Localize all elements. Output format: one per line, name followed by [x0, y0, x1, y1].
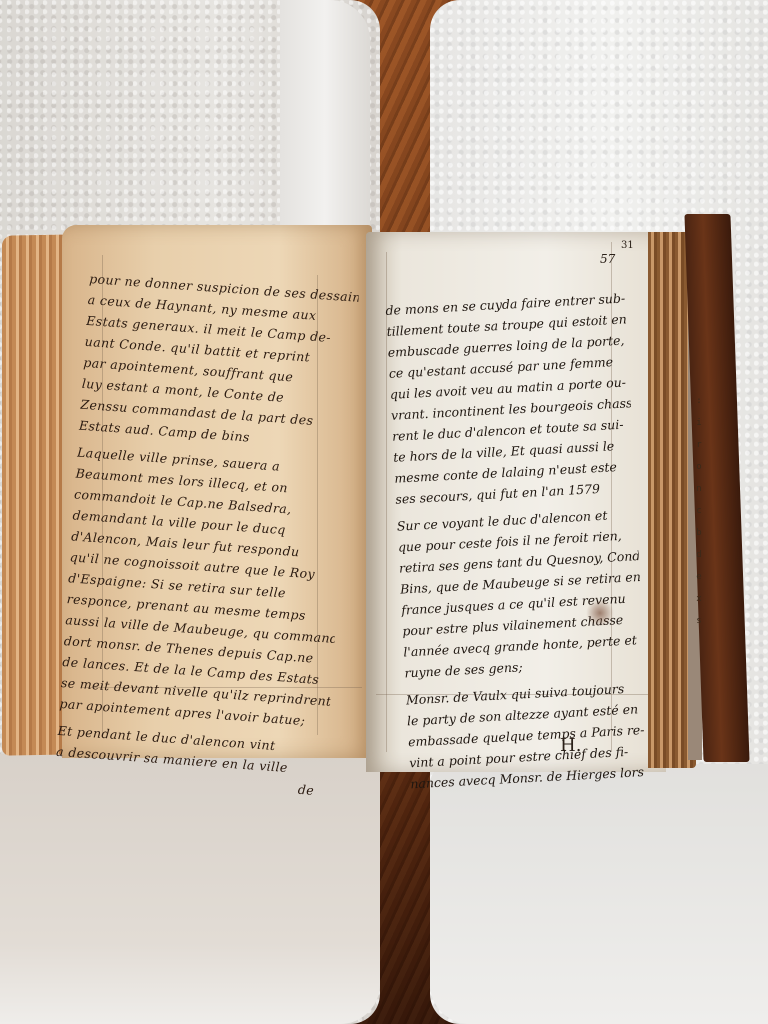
paragraph: pour ne donner suspicion de ses dessains… [78, 268, 359, 454]
edge-letter: : [693, 390, 705, 412]
signature-mark: H. [560, 735, 581, 756]
ink-stain [585, 600, 615, 626]
edge-letter: d [693, 544, 705, 566]
edge-letter: r [693, 434, 705, 456]
paragraph: Monsr. de Vaulx qui suiva toujours le pa… [405, 677, 650, 794]
left-page-text: pour ne donner suspicion de ses dessains… [54, 268, 359, 802]
folio-number: 57 [600, 252, 615, 266]
edge-letter: o [693, 456, 705, 478]
paragraph: Laquelle ville prinse, sauera a Beaumont… [59, 442, 347, 733]
edge-letter: s [693, 610, 705, 632]
edge-letter: n [693, 478, 705, 500]
folio-number-alt: 31 [621, 240, 634, 251]
right-page-text: de mons en se cuyda faire entrer sub- ti… [385, 287, 651, 794]
edge-letter: i [693, 412, 705, 434]
edge-letter: b [693, 522, 705, 544]
fore-edge-lettering: : i r o n c b d e x s [693, 390, 705, 632]
towel-lower-section [430, 764, 768, 1024]
edge-letter: x [693, 588, 705, 610]
paragraph: de mons en se cuyda faire entrer sub- ti… [385, 287, 636, 509]
edge-letter: e [693, 566, 705, 588]
paragraph: Sur ce voyant le duc d'alencon et que po… [396, 503, 644, 683]
edge-letter: c [693, 500, 705, 522]
